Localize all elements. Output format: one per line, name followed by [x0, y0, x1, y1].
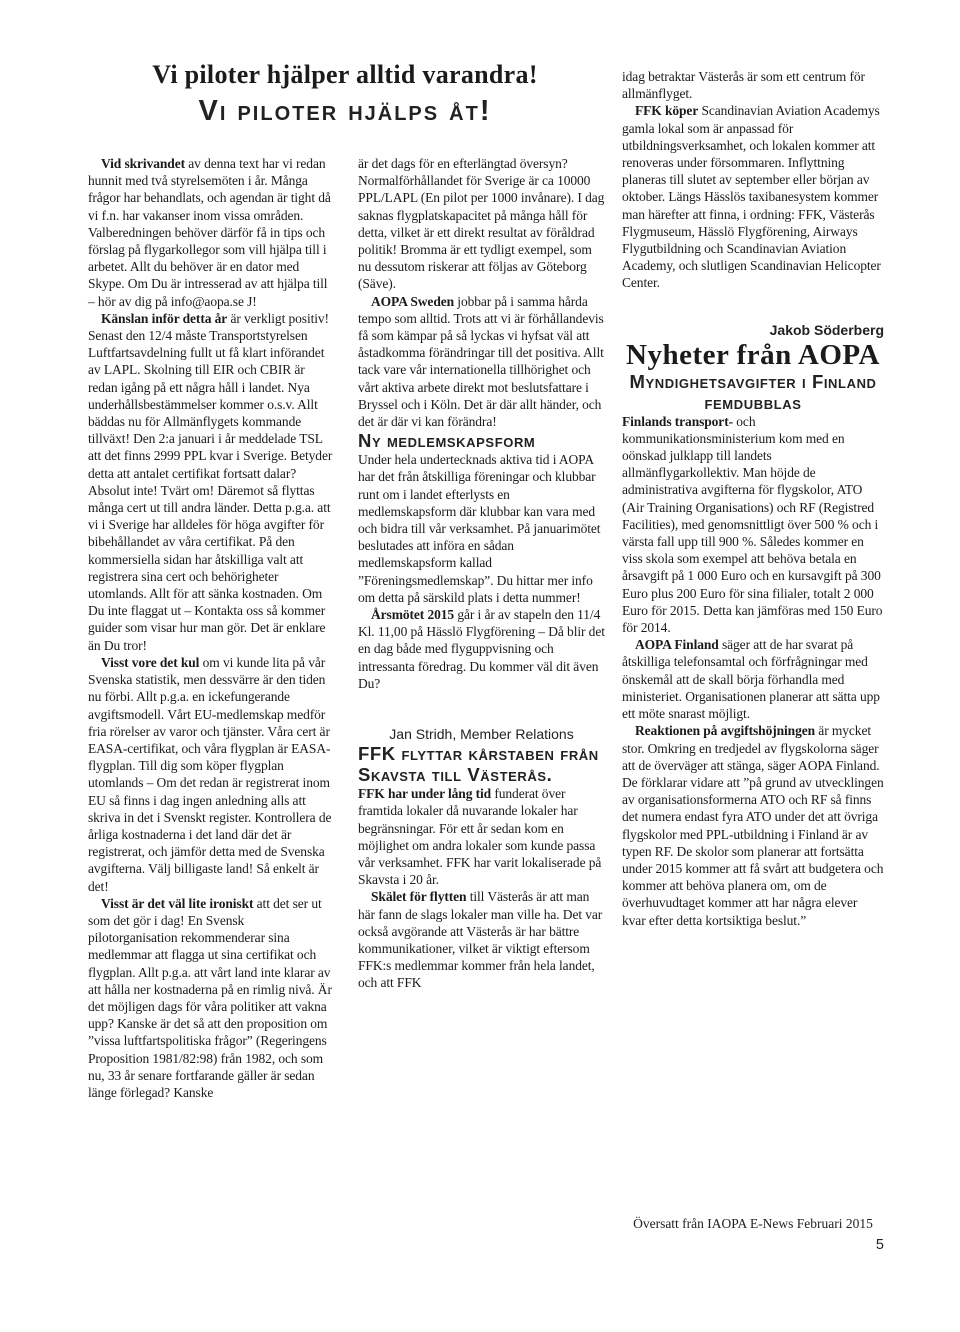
para-under-hela: Under hela undertecknads aktiva tid i AO… [358, 451, 605, 606]
para-idag-betraktar: idag betraktar Västerås är som ett centr… [622, 68, 884, 102]
paragraph-lead: AOPA Finland [635, 637, 719, 652]
paragraph-lead: FFK köper [635, 103, 698, 118]
newsletter-page: Vi piloter hjälper alltid varandra! Vi p… [0, 0, 960, 1332]
column-middle: är det dags för en efterlängtad översyn?… [358, 155, 605, 992]
paragraph-lead: FFK har under lång tid [358, 786, 491, 801]
para-ar-det-dags: är det dags för en efterlängtad översyn?… [358, 155, 605, 293]
para-aopa-sweden: AOPA Sweden jobbar på i samma hårda temp… [358, 293, 605, 431]
byline-jakob-soderberg: Jakob Söderberg [622, 322, 884, 339]
section-heading-ny-medlemskapsform: Ny medlemskapsform [358, 430, 605, 451]
para-vid-skrivandet: Vid skrivandet av denna text har vi reda… [88, 155, 335, 310]
para-aopa-finland: AOPA Finland säger att de har svarat på … [622, 636, 884, 722]
para-visst-vore: Visst vore det kul om vi kunde lita på v… [88, 654, 335, 895]
paragraph-lead: Vid skrivandet [101, 156, 185, 171]
para-finlands-transport: Finlands transport- och kommunikationsmi… [622, 413, 884, 637]
paragraph-lead: Finlands transport- [622, 414, 733, 429]
translation-credit: Översatt från IAOPA E-News Februari 2015 [622, 1216, 884, 1232]
byline-jan-stridh: Jan Stridh, Member Relations [358, 726, 605, 743]
paragraph-lead: Skälet för flytten [371, 889, 466, 904]
paragraph-lead: Visst är det väl lite ironiskt [101, 896, 253, 911]
heading-myndighetsavgifter: Myndighetsavgifter i Finland femdubblas [622, 371, 884, 413]
para-arsmotet: Årsmötet 2015 går i år av stapeln den 11… [358, 606, 605, 692]
paragraph-lead: Reaktionen på avgiftshöjningen [635, 723, 815, 738]
column-left: Vid skrivandet av denna text har vi reda… [88, 155, 335, 1101]
paragraph-lead: Årsmötet 2015 [371, 607, 454, 622]
paragraph-lead: Känslan inför detta år [101, 311, 227, 326]
article-subtitle: Vi piloter hjälps åt! [88, 95, 602, 127]
para-reaktionen: Reaktionen på avgiftshöjningen är mycket… [622, 722, 884, 928]
para-visst-ironiskt: Visst är det väl lite ironiskt att det s… [88, 895, 335, 1101]
paragraph-lead: Visst vore det kul [101, 655, 199, 670]
heading-nyheter-fran-aopa: Nyheter från AOPA [622, 339, 884, 371]
para-ffk-koper: FFK köper Scandinavian Aviation Academys… [622, 102, 884, 291]
article-title: Vi piloter hjälper alltid varandra! [88, 60, 602, 90]
article-title-block: Vi piloter hjälper alltid varandra! Vi p… [88, 60, 602, 127]
para-skalet: Skälet för flytten till Västerås är att … [358, 888, 605, 991]
section-heading-ffk-flyttar: FFK flyttar kårstaben från Skavsta till … [358, 743, 605, 785]
page-number: 5 [856, 1237, 884, 1253]
para-kanslan: Känslan inför detta år är verkligt posit… [88, 310, 335, 654]
column-right: idag betraktar Västerås är som ett centr… [622, 68, 884, 929]
para-ffk-lang-tid: FFK har under lång tid funderat över fra… [358, 785, 605, 888]
paragraph-lead: AOPA Sweden [371, 294, 454, 309]
